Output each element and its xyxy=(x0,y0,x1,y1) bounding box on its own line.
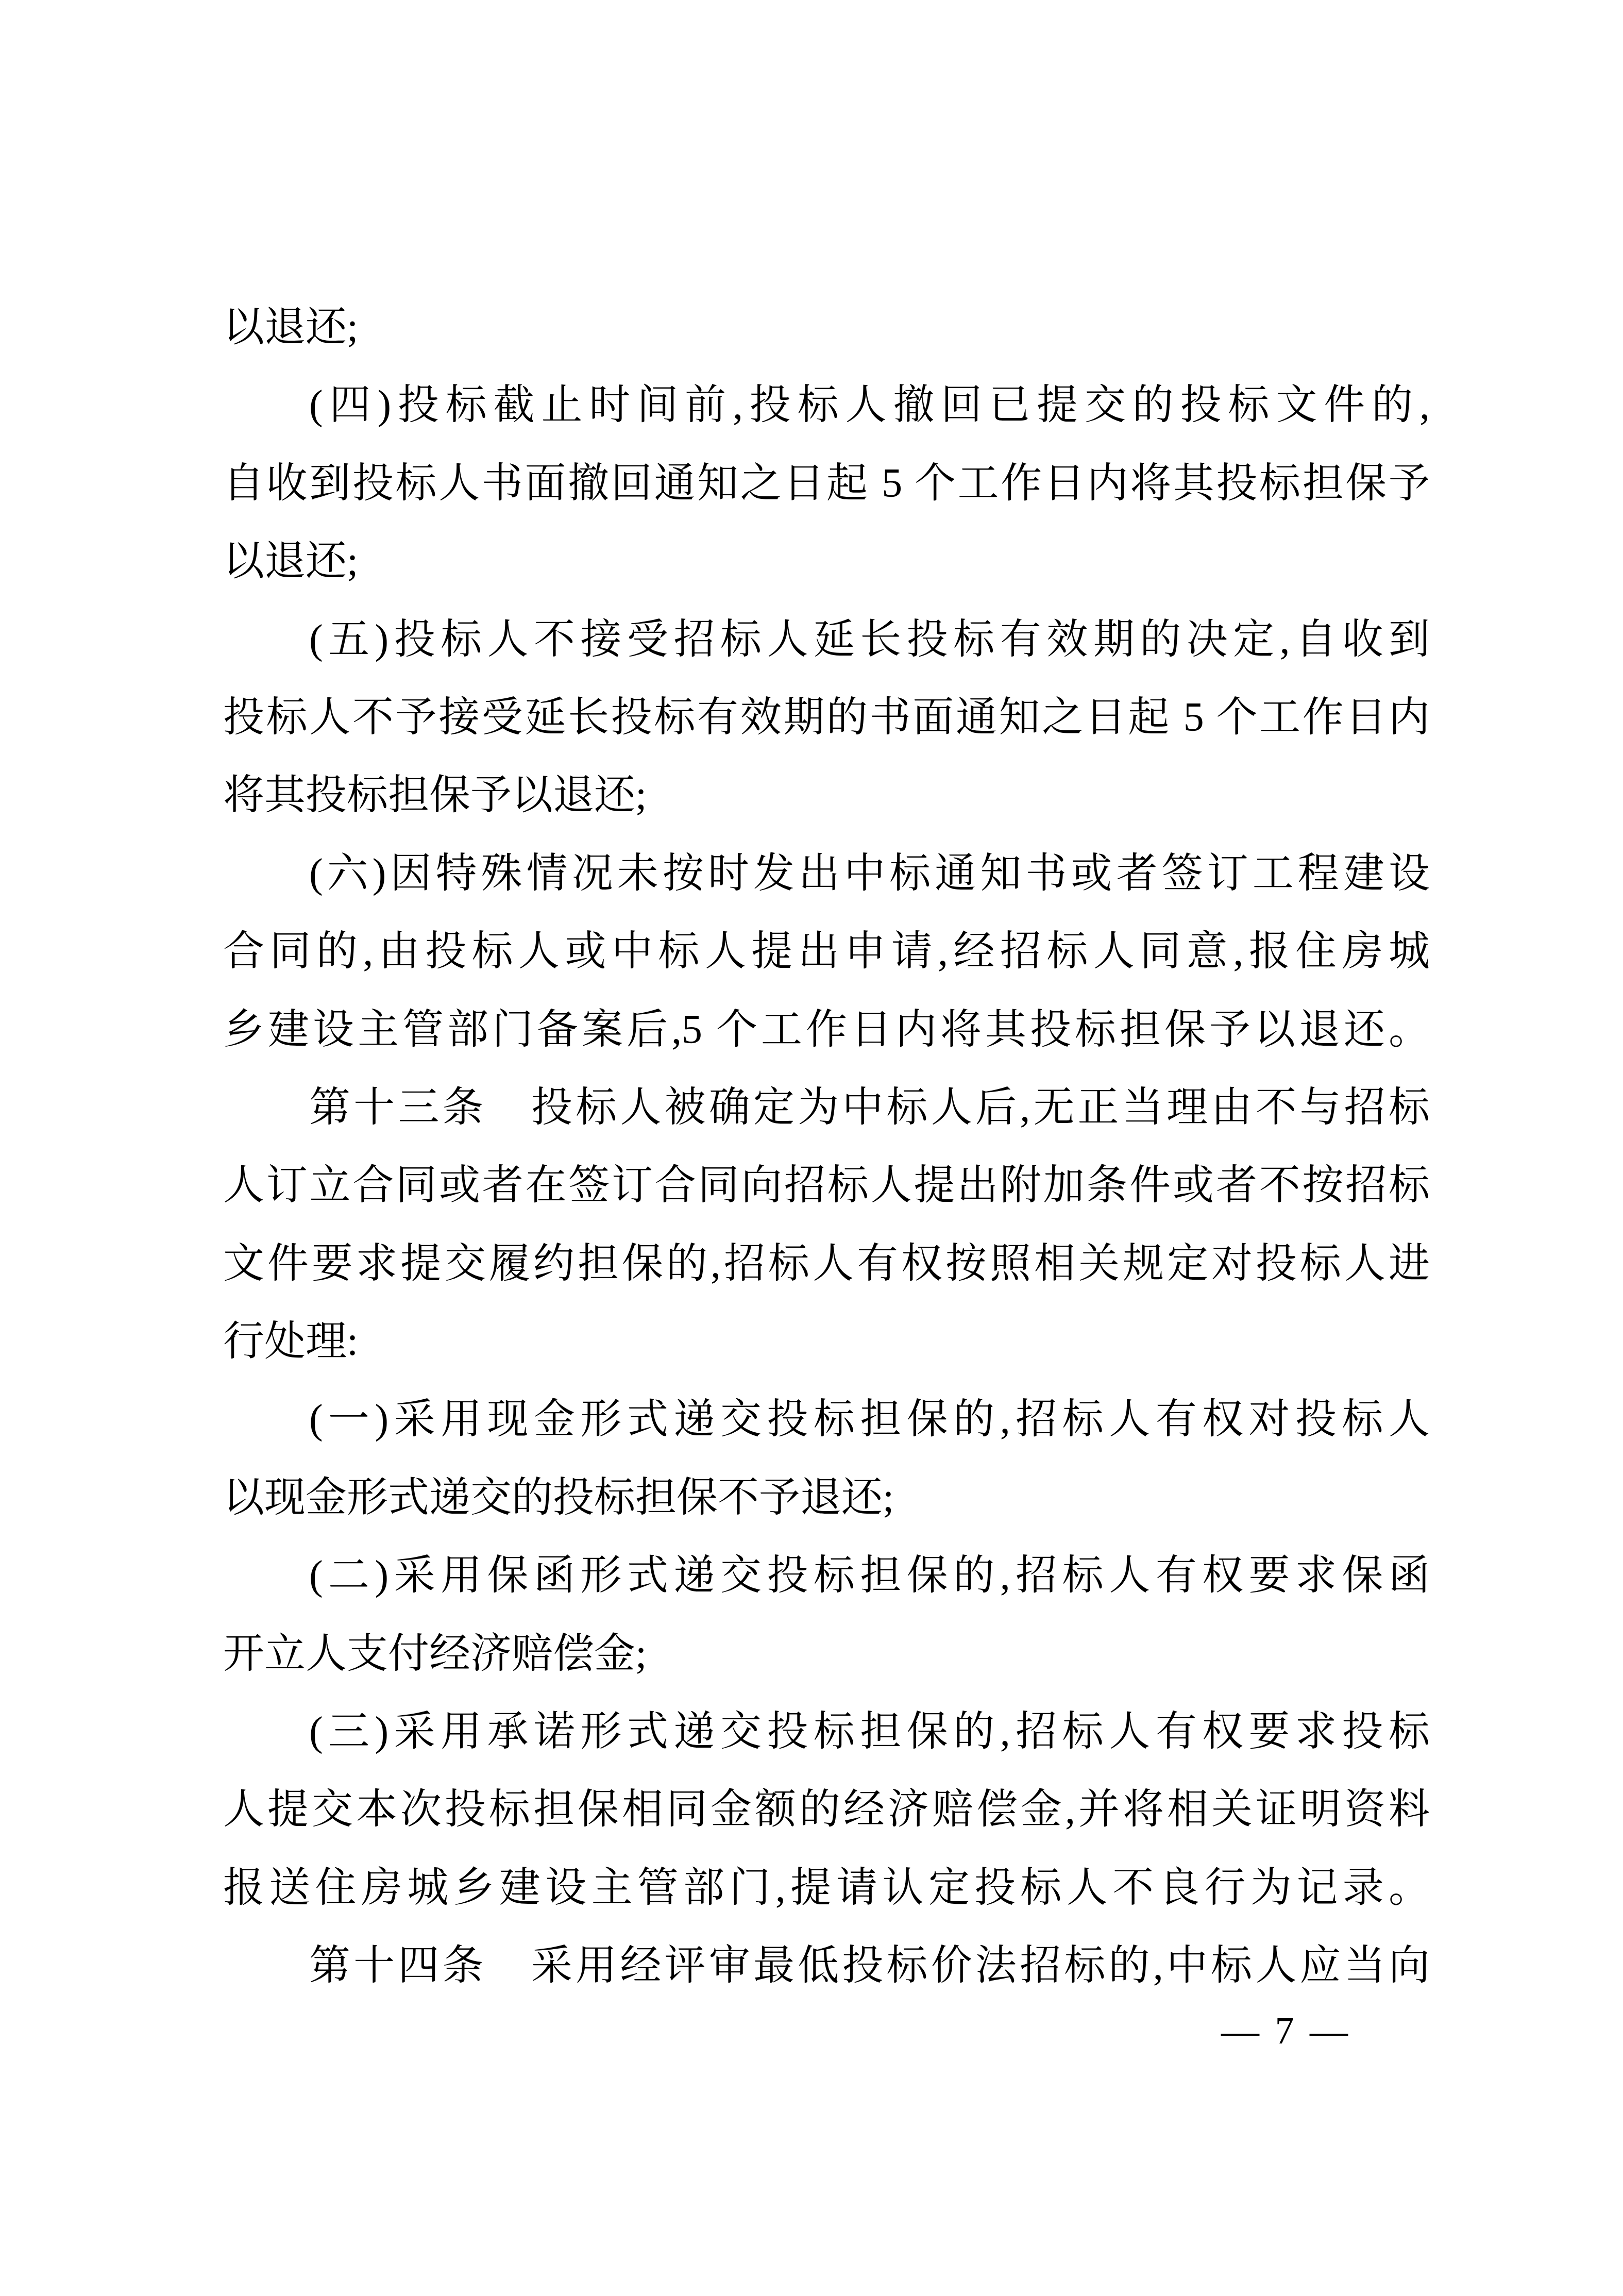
text-line: 第十三条 投标人被确定为中标人后,无正当理由不与招标 xyxy=(223,1069,1430,1147)
text-line: (五)投标人不接受招标人延长投标有效期的决定,自收到 xyxy=(223,601,1430,679)
text-line: 自收到投标人书面撤回通知之日起 5 个工作日内将其投标担保予 xyxy=(223,445,1430,523)
text-line: (六)因特殊情况未按时发出中标通知书或者签订工程建设 xyxy=(223,835,1430,913)
text-line: 人订立合同或者在签订合同向招标人提出附加条件或者不按招标 xyxy=(223,1147,1430,1225)
text-line: 合同的,由投标人或中标人提出申请,经招标人同意,报住房城 xyxy=(223,913,1430,991)
text-line: 开立人支付经济赔偿金; xyxy=(223,1615,1430,1693)
document-body: 以退还;(四)投标截止时间前,投标人撤回已提交的投标文件的,自收到投标人书面撤回… xyxy=(223,289,1430,2005)
text-line: (一)采用现金形式递交投标担保的,招标人有权对投标人 xyxy=(223,1381,1430,1459)
text-line: 以退还; xyxy=(223,523,1430,600)
text-line: 以现金形式递交的投标担保不予退还; xyxy=(223,1459,1430,1537)
text-line: 文件要求提交履约担保的,招标人有权按照相关规定对投标人进 xyxy=(223,1225,1430,1303)
page-number: — 7 — xyxy=(1221,2004,1351,2058)
text-line: (三)采用承诺形式递交投标担保的,招标人有权要求投标 xyxy=(223,1693,1430,1771)
text-line: 报送住房城乡建设主管部门,提请认定投标人不良行为记录。 xyxy=(223,1849,1430,1927)
text-line: 将其投标担保予以退还; xyxy=(223,757,1430,834)
text-line: 以退还; xyxy=(223,289,1430,366)
document-page: 以退还;(四)投标截止时间前,投标人撤回已提交的投标文件的,自收到投标人书面撤回… xyxy=(0,0,1623,2296)
text-line: 乡建设主管部门备案后,5 个工作日内将其投标担保予以退还。 xyxy=(223,991,1430,1069)
text-line: (二)采用保函形式递交投标担保的,招标人有权要求保函 xyxy=(223,1537,1430,1615)
text-line: 投标人不予接受延长投标有效期的书面通知之日起 5 个工作日内 xyxy=(223,679,1430,757)
text-line: 人提交本次投标担保相同金额的经济赔偿金,并将相关证明资料 xyxy=(223,1771,1430,1849)
text-line: (四)投标截止时间前,投标人撤回已提交的投标文件的, xyxy=(223,366,1430,444)
text-line: 行处理: xyxy=(223,1303,1430,1381)
text-line: 第十四条 采用经评审最低投标价法招标的,中标人应当向 xyxy=(223,1927,1430,2005)
